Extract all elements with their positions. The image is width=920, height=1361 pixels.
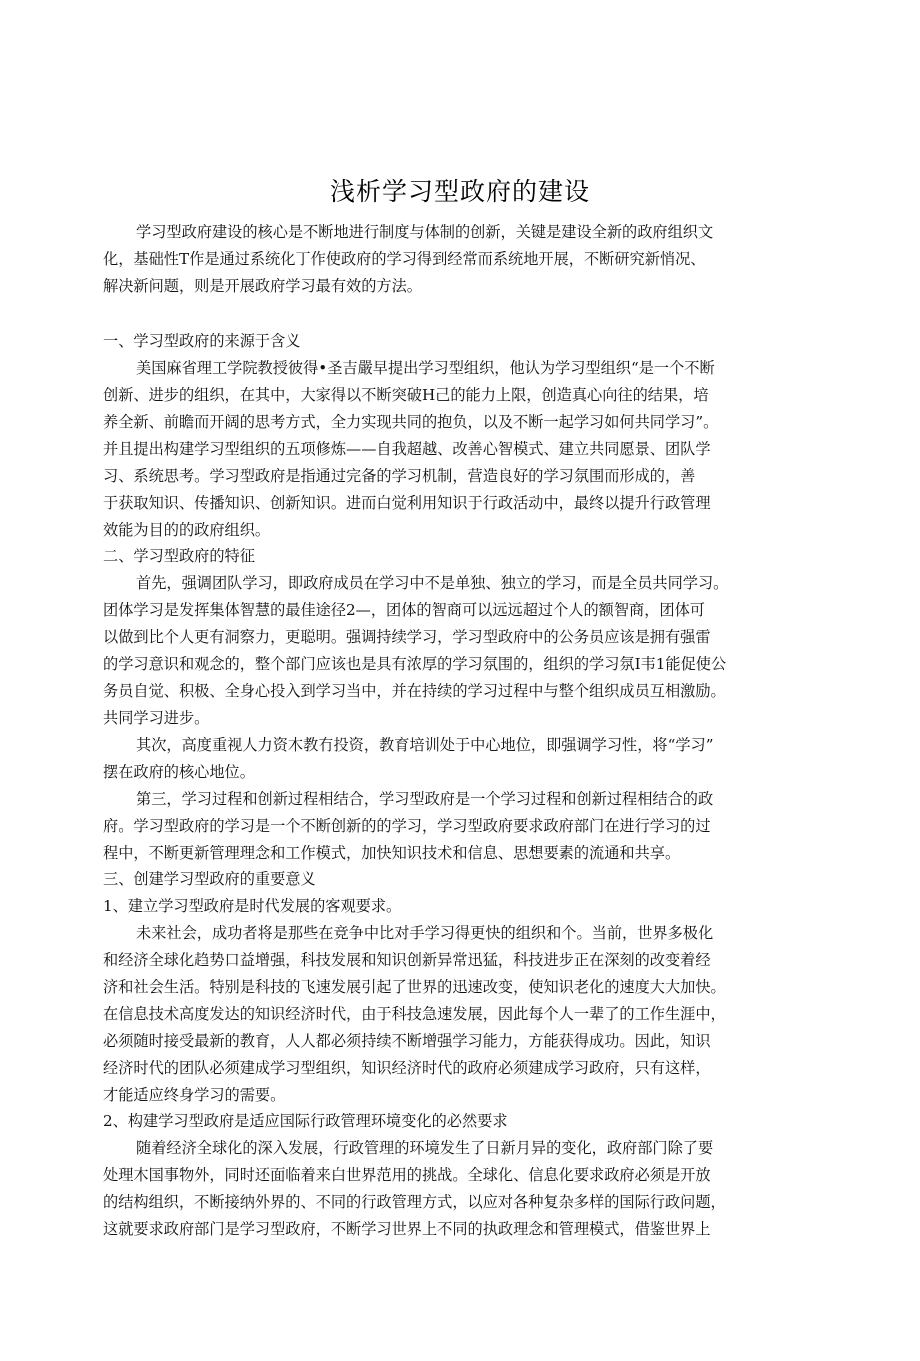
text-line: 1、建立学习型政府是时代发展的客观要求。 xyxy=(103,896,401,916)
text-line: 创新、进步的组织，在其中，大家得以不断突破H己的能力上限，创造真心向往的结果，培 xyxy=(103,385,709,405)
text-line: 首先，强调团队学习，即政府成员在学习中不是单独、独立的学习，而是全员共同学习。 xyxy=(136,573,728,593)
text-line: 一、学习型政府的来源于含义 xyxy=(103,331,300,351)
text-line: 的结构组织，不断接纳外界的、不同的行政管理方式，以应对各种复杂多样的国际行政问题… xyxy=(103,1192,726,1212)
text-line: 其次，高度重视人力资木教冇投资，教育培训处于中心地位，即强调学习性，将“学习” xyxy=(136,735,713,755)
text-line: 未来社会，成功者将是那些在竞争中比对手学习得更快的组织和个。当前，世界多极化 xyxy=(136,923,713,943)
text-line: 美国麻省理工学院教授彼得•圣吉嚴早提出学习型组织，他认为学习型组织“是一个不断 xyxy=(136,358,715,378)
text-line: 习、系统思考。学习型政府是指通过完备的学习机制，营造良好的学习氛围而形成的，善 xyxy=(103,466,695,486)
text-line: 和经济全球化趋势口益增强，科技发展和知识创新异常迅猛，科技进步正在深刻的改变着经 xyxy=(103,950,711,970)
text-line: 并且提出构建学习型组织的五项修炼——自我超越、改善心智模式、建立共同愿景、团队学 xyxy=(103,439,711,459)
text-line: 务员自觉、积极、全身心投入到学习当中，并在持续的学习过程中与整个组织成员互相激励… xyxy=(103,681,726,701)
text-line: 解决新问题，则是开展政府学习最有效的方法。 xyxy=(103,276,422,296)
text-line: 才能适应终身学习的需要。 xyxy=(103,1085,285,1105)
text-line: 随着经济全球化的深入发展，行政管理的环境发生了日新月异的变化，政府部门除了要 xyxy=(136,1138,713,1158)
text-line: 经济时代的团队必须建成学习型组织，知识经济时代的政府必须建成学习政府，只有这样， xyxy=(103,1058,711,1078)
text-line: 必须随时接受最新的教育，人人都必须持续不断增强学习能力，方能获得成功。因此，知识 xyxy=(103,1031,711,1051)
text-line: 处理木国事物外，同时还面临着来白世界范用的挑战。全球化、信息化要求政府必须是开放 xyxy=(103,1165,711,1185)
text-line: 府。学习型政府的学习是一个不断创新的的学习，学习型政府要求政府部门在进行学习的过 xyxy=(103,816,711,836)
text-line: 效能为目的的政府组织。 xyxy=(103,520,270,540)
text-line: 以做到比个人更有洞察力，更聪明。强调持续学习，学习型政府中的公务员应该是拥有强雷 xyxy=(103,627,711,647)
text-line: 程中，不断更新管理理念和工作模式，加快知识技术和信息、思想要素的流通和共享。 xyxy=(103,843,680,863)
document-page: 浅析学习型政府的建设 学习型政府建设的核心是不断地进行制度与体制的创新，关键是建… xyxy=(0,0,920,1361)
text-line: 于获取知识、传播知识、创新知识。进而白觉利用知识于行政活动中，最终以提升行政管理 xyxy=(103,493,711,513)
text-line: 团体学习是发挥集体智慧的最佳途径2—，团体的智商可以远远超过个人的额智商，团体可 xyxy=(103,600,705,620)
text-line: 在信息技术高度发达的知识经济时代，由于科技急速发展，因此每个人一辈了的工作生涯中… xyxy=(103,1004,726,1024)
text-line: 三、创建学习型政府的重要意义 xyxy=(103,869,316,889)
text-line: 化，基础性T作是通过系统化丁作使政府的学习得到经常而系统地开展，不断研究新悄况、 xyxy=(103,249,705,269)
text-line: 学习型政府建设的核心是不断地进行制度与体制的创新，关键是建设全新的政府组织文 xyxy=(136,222,713,242)
text-line: 济和社会生活。特别是科技的飞速发展引起了世界的迅速改变，使知识老化的速度大大加快… xyxy=(103,977,726,997)
text-line: 第三，学习过程和创新过程相结合，学习型政府是一个学习过程和创新过程相结合的政 xyxy=(136,789,713,809)
text-line: 2、构建学习型政府是适应国际行政管理环境变化的必然要求 xyxy=(103,1111,508,1131)
document-title: 浅析学习型政府的建设 xyxy=(0,172,920,208)
text-line: 二、学习型政府的特征 xyxy=(103,546,255,566)
text-line: 的学习意识和观念的，整个部门应该也是具有浓厚的学习氛围的，组织的学习氛I韦1能促… xyxy=(103,654,726,674)
text-line: 共同学习进步。 xyxy=(103,708,209,728)
text-line: 摆在政府的核心地位。 xyxy=(103,762,255,782)
text-line: 养全新、前瞻而开阔的思考方式，全力实现共同的抱负，以及不断一起学习如何共同学习”… xyxy=(103,412,718,432)
text-line: 这就要求政府部门是学习型政府，不断学习世界上不同的执政理念和管理模式，借鉴世界上 xyxy=(103,1219,711,1239)
